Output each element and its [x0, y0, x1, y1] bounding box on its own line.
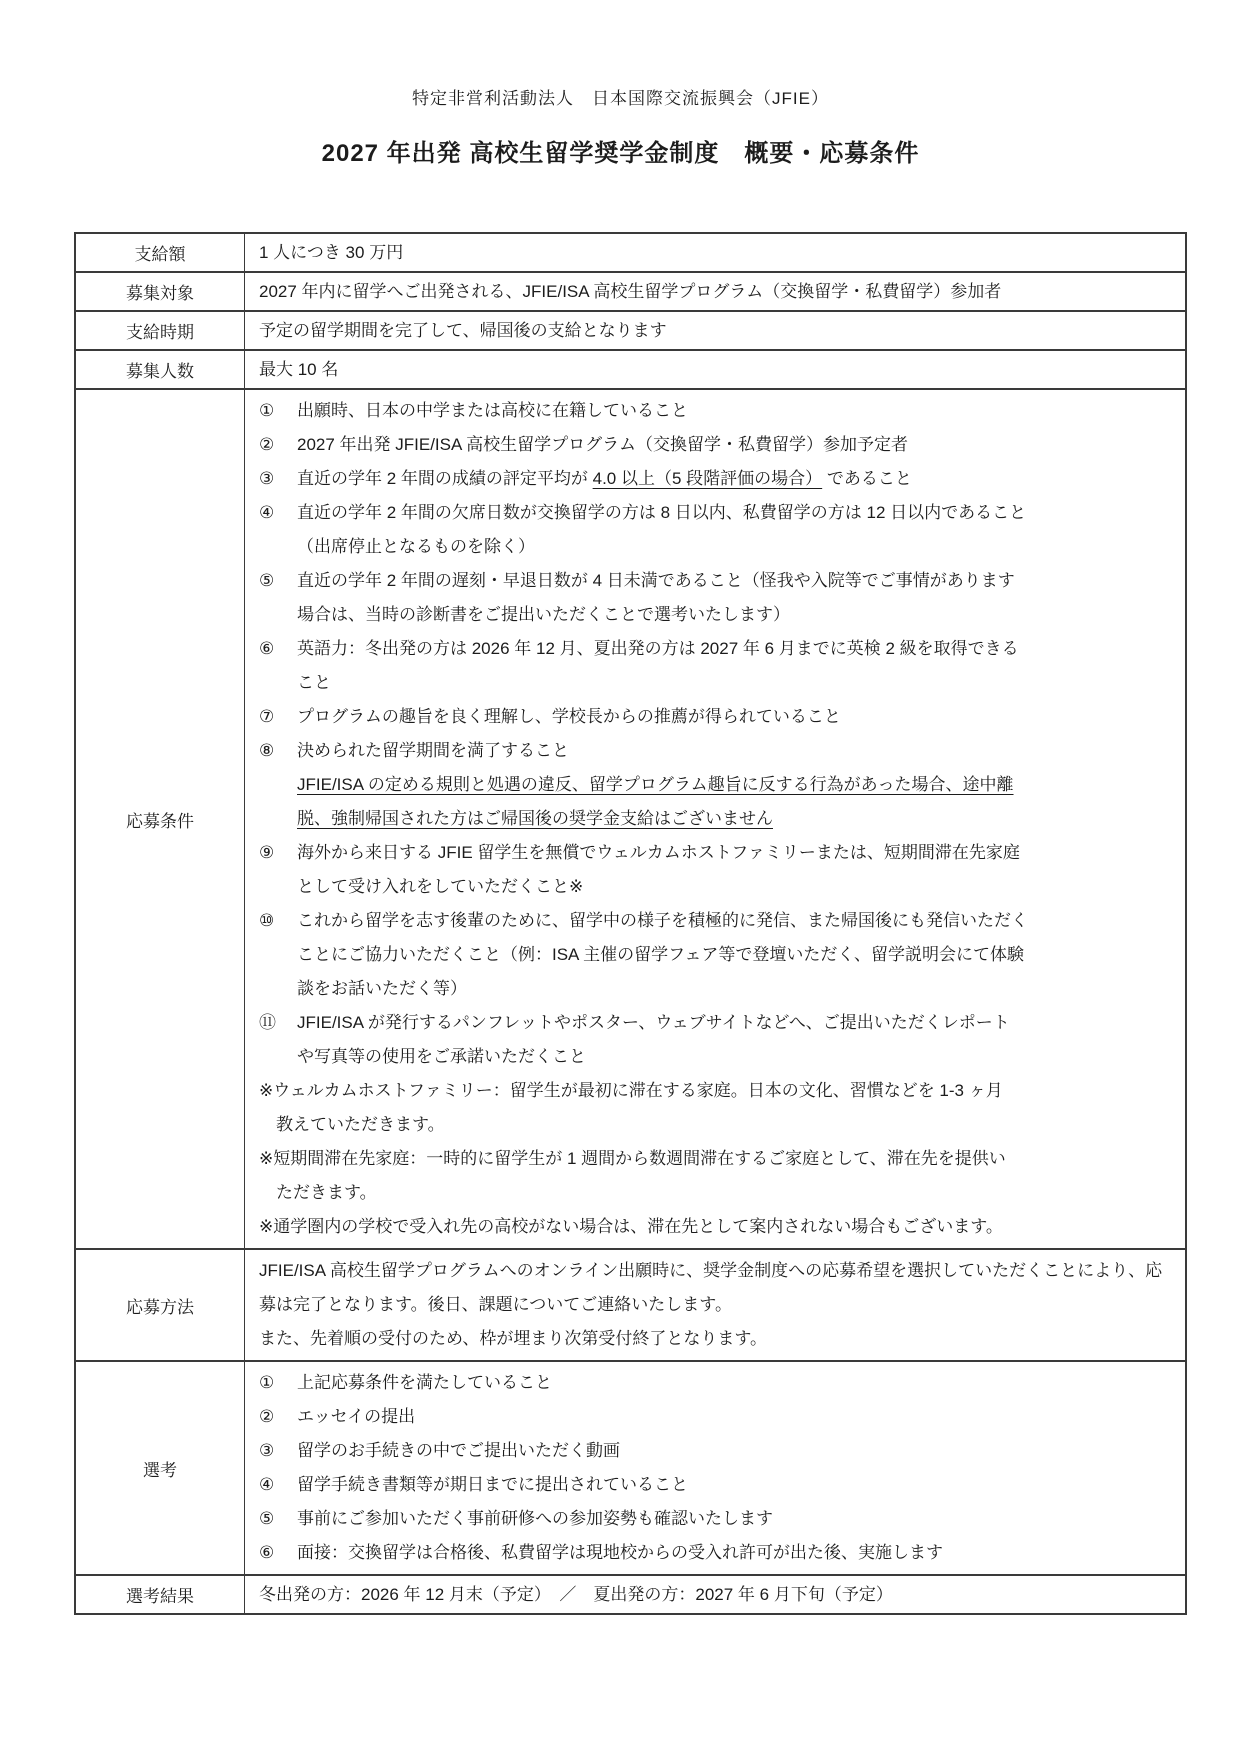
- list-item: ⑨海外から来日する JFIE 留学生を無償でウェルカムホストファミリーまたは、短…: [259, 836, 1173, 904]
- item-number: ⑦: [259, 700, 297, 734]
- item-text: 事前にご参加いただく事前研修への参加姿勢も確認いたします: [297, 1502, 1173, 1536]
- item-number: ⑪: [259, 1006, 297, 1074]
- list-item: ①上記応募条件を満たしていること: [259, 1366, 1173, 1400]
- item-text: 面接：交換留学は合格後、私費留学は現地校からの受入れ許可が出た後、実施します: [297, 1536, 1173, 1570]
- item-text-segment: 直近の学年 2 年間の遅刻・早退日数が 4 日未満であること（怪我や入院等でご事…: [297, 571, 1015, 624]
- row-label: 選考結果: [76, 1576, 245, 1613]
- item-text-segment: 直近の学年 2 年間の成績の評定平均が: [297, 469, 593, 488]
- cell-text: 冬出発の方：2026 年 12 月末（予定） ／ 夏出発の方：2027 年 6 …: [259, 1580, 1173, 1609]
- item-number: ⑥: [259, 1536, 297, 1570]
- row-content: 1 人につき 30 万円: [245, 234, 1185, 271]
- item-text-segment: 事前にご参加いただく事前研修への参加姿勢も確認いたします: [297, 1509, 773, 1528]
- item-text-segment: 2027 年出発 JFIE/ISA 高校生留学プログラム（交換留学・私費留学）参…: [297, 435, 908, 454]
- row-label: 応募条件: [76, 390, 245, 1248]
- cell-paragraph: JFIE/ISA 高校生留学プログラムへのオンライン出願時に、奨学金制度への応募…: [259, 1254, 1173, 1356]
- list-item: ⑦プログラムの趣旨を良く理解し、学校長からの推薦が得られていること: [259, 700, 1173, 734]
- list-item: ⑧決められた留学期間を満了すること JFIE/ISA の定める規則と処遇の違反、…: [259, 734, 1173, 836]
- list-item: ③留学のお手続きの中でご提出いただく動画: [259, 1434, 1173, 1468]
- item-text: 上記応募条件を満たしていること: [297, 1366, 1173, 1400]
- item-text: 直近の学年 2 年間の成績の評定平均が 4.0 以上（5 段階評価の場合） であ…: [297, 462, 1173, 496]
- cell-text: 最大 10 名: [259, 355, 1173, 384]
- row-label: 応募方法: [76, 1250, 245, 1360]
- list-item: ⑤事前にご参加いただく事前研修への参加姿勢も確認いたします: [259, 1502, 1173, 1536]
- item-number: ⑥: [259, 632, 297, 700]
- list-item: ⑤直近の学年 2 年間の遅刻・早退日数が 4 日未満であること（怪我や入院等でご…: [259, 564, 1173, 632]
- item-number: ⑤: [259, 564, 297, 632]
- item-number: ④: [259, 496, 297, 564]
- list-item: ④直近の学年 2 年間の欠席日数が交換留学の方は 8 日以内、私費留学の方は 1…: [259, 496, 1173, 564]
- list-item: ③直近の学年 2 年間の成績の評定平均が 4.0 以上（5 段階評価の場合） で…: [259, 462, 1173, 496]
- item-text-segment: 出願時、日本の中学または高校に在籍していること: [297, 401, 688, 420]
- item-text-segment: 留学のお手続きの中でご提出いただく動画: [297, 1441, 620, 1460]
- table-row: 選考結果冬出発の方：2026 年 12 月末（予定） ／ 夏出発の方：2027 …: [76, 1574, 1185, 1613]
- list-item: ⑥面接：交換留学は合格後、私費留学は現地校からの受入れ許可が出た後、実施します: [259, 1536, 1173, 1570]
- item-text-segment: これから留学を志す後輩のために、留学中の様子を積極的に発信、また帰国後にも発信い…: [297, 911, 1028, 998]
- item-text-segment: 上記応募条件を満たしていること: [297, 1373, 552, 1392]
- item-number: ⑩: [259, 904, 297, 1006]
- list-item: ⑪JFIE/ISA が発行するパンフレットやポスター、ウェブサイトなどへ、ご提出…: [259, 1006, 1173, 1074]
- cell-text: 2027 年内に留学へご出発される、JFIE/ISA 高校生留学プログラム（交換…: [259, 277, 1173, 306]
- item-number: ③: [259, 1434, 297, 1468]
- table-row: 支給時期予定の留学期間を完了して、帰国後の支給となります: [76, 310, 1185, 349]
- item-text-segment: JFIE/ISA が発行するパンフレットやポスター、ウェブサイトなどへ、ご提出い…: [297, 1013, 1010, 1066]
- item-text: エッセイの提出: [297, 1400, 1173, 1434]
- item-number: ①: [259, 394, 297, 428]
- row-label: 支給時期: [76, 312, 245, 349]
- table-row: 選考①上記応募条件を満たしていること②エッセイの提出③留学のお手続きの中でご提出…: [76, 1360, 1185, 1574]
- item-text-segment: 英語力：冬出発の方は 2026 年 12 月、夏出発の方は 2027 年 6 月…: [297, 639, 1019, 692]
- list-item: ①出願時、日本の中学または高校に在籍していること: [259, 394, 1173, 428]
- row-label: 募集人数: [76, 351, 245, 388]
- row-label: 選考: [76, 1362, 245, 1574]
- row-content: ①上記応募条件を満たしていること②エッセイの提出③留学のお手続きの中でご提出いた…: [245, 1362, 1185, 1574]
- item-text: JFIE/ISA が発行するパンフレットやポスター、ウェブサイトなどへ、ご提出い…: [297, 1006, 1173, 1074]
- item-text-segment: 決められた留学期間を満了すること: [297, 741, 569, 760]
- row-content: 2027 年内に留学へご出発される、JFIE/ISA 高校生留学プログラム（交換…: [245, 273, 1185, 310]
- list-item: ⑩これから留学を志す後輩のために、留学中の様子を積極的に発信、また帰国後にも発信…: [259, 904, 1173, 1006]
- table-row: 応募条件①出願時、日本の中学または高校に在籍していること②2027 年出発 JF…: [76, 388, 1185, 1248]
- item-text: 留学手続き書類等が期日までに提出されていること: [297, 1468, 1173, 1502]
- item-text-segment: であること: [822, 469, 912, 488]
- item-text-segment: 直近の学年 2 年間の欠席日数が交換留学の方は 8 日以内、私費留学の方は 12…: [297, 503, 1026, 556]
- item-text: 直近の学年 2 年間の遅刻・早退日数が 4 日未満であること（怪我や入院等でご事…: [297, 564, 1173, 632]
- list-item: ②エッセイの提出: [259, 1400, 1173, 1434]
- list-item: ④留学手続き書類等が期日までに提出されていること: [259, 1468, 1173, 1502]
- item-number: ①: [259, 1366, 297, 1400]
- item-text-segment: 4.0 以上（5 段階評価の場合）: [593, 469, 823, 488]
- item-text-segment: 海外から来日する JFIE 留学生を無償でウェルカムホストファミリーまたは、短期…: [297, 843, 1020, 896]
- organization-name: 特定非営利活動法人 日本国際交流振興会（JFIE）: [0, 84, 1241, 109]
- item-number: ⑧: [259, 734, 297, 836]
- item-text: 留学のお手続きの中でご提出いただく動画: [297, 1434, 1173, 1468]
- item-text-segment: JFIE/ISA の定める規則と処遇の違反、留学プログラム趣旨に反する行為があっ…: [297, 775, 1014, 828]
- item-text: これから留学を志す後輩のために、留学中の様子を積極的に発信、また帰国後にも発信い…: [297, 904, 1173, 1006]
- footnote: ※通学圏内の学校で受入れ先の高校がない場合は、滞在先として案内されない場合もござ…: [259, 1210, 1173, 1244]
- table-row: 支給額1 人につき 30 万円: [76, 234, 1185, 271]
- list-item: ②2027 年出発 JFIE/ISA 高校生留学プログラム（交換留学・私費留学）…: [259, 428, 1173, 462]
- item-number: ②: [259, 1400, 297, 1434]
- item-number: ⑤: [259, 1502, 297, 1536]
- item-text: 直近の学年 2 年間の欠席日数が交換留学の方は 8 日以内、私費留学の方は 12…: [297, 496, 1173, 564]
- row-content: 最大 10 名: [245, 351, 1185, 388]
- page-title: 2027 年出発 高校生留学奨学金制度 概要・応募条件: [0, 133, 1241, 168]
- item-number: ⑨: [259, 836, 297, 904]
- item-text-segment: プログラムの趣旨を良く理解し、学校長からの推薦が得られていること: [297, 707, 841, 726]
- item-text: 出願時、日本の中学または高校に在籍していること: [297, 394, 1173, 428]
- item-text: プログラムの趣旨を良く理解し、学校長からの推薦が得られていること: [297, 700, 1173, 734]
- table-row: 応募方法JFIE/ISA 高校生留学プログラムへのオンライン出願時に、奨学金制度…: [76, 1248, 1185, 1360]
- item-number: ④: [259, 1468, 297, 1502]
- cell-text: 1 人につき 30 万円: [259, 238, 1173, 267]
- row-label: 支給額: [76, 234, 245, 271]
- item-text: 英語力：冬出発の方は 2026 年 12 月、夏出発の方は 2027 年 6 月…: [297, 632, 1173, 700]
- table-row: 募集人数最大 10 名: [76, 349, 1185, 388]
- table-row: 募集対象2027 年内に留学へご出発される、JFIE/ISA 高校生留学プログラ…: [76, 271, 1185, 310]
- item-text-segment: 面接：交換留学は合格後、私費留学は現地校からの受入れ許可が出た後、実施します: [297, 1543, 943, 1562]
- info-table: 支給額1 人につき 30 万円募集対象2027 年内に留学へご出発される、JFI…: [74, 232, 1187, 1615]
- item-text: 決められた留学期間を満了すること JFIE/ISA の定める規則と処遇の違反、留…: [297, 734, 1173, 836]
- item-text-segment: 留学手続き書類等が期日までに提出されていること: [297, 1475, 688, 1494]
- list-item: ⑥英語力：冬出発の方は 2026 年 12 月、夏出発の方は 2027 年 6 …: [259, 632, 1173, 700]
- item-text-segment: エッセイの提出: [297, 1407, 415, 1426]
- cell-text: 予定の留学期間を完了して、帰国後の支給となります: [259, 316, 1173, 345]
- row-content: 冬出発の方：2026 年 12 月末（予定） ／ 夏出発の方：2027 年 6 …: [245, 1576, 1185, 1613]
- row-content: 予定の留学期間を完了して、帰国後の支給となります: [245, 312, 1185, 349]
- item-number: ③: [259, 462, 297, 496]
- row-label: 募集対象: [76, 273, 245, 310]
- row-content: ①出願時、日本の中学または高校に在籍していること②2027 年出発 JFIE/I…: [245, 390, 1185, 1248]
- item-text: 海外から来日する JFIE 留学生を無償でウェルカムホストファミリーまたは、短期…: [297, 836, 1173, 904]
- item-number: ②: [259, 428, 297, 462]
- footnote: ※短期間滞在先家庭：一時的に留学生が 1 週間から数週間滞在するご家庭として、滞…: [259, 1142, 1173, 1210]
- row-content: JFIE/ISA 高校生留学プログラムへのオンライン出願時に、奨学金制度への応募…: [245, 1250, 1185, 1360]
- item-text: 2027 年出発 JFIE/ISA 高校生留学プログラム（交換留学・私費留学）参…: [297, 428, 1173, 462]
- footnote: ※ウェルカムホストファミリー：留学生が最初に滞在する家庭。日本の文化、習慣などを…: [259, 1074, 1173, 1142]
